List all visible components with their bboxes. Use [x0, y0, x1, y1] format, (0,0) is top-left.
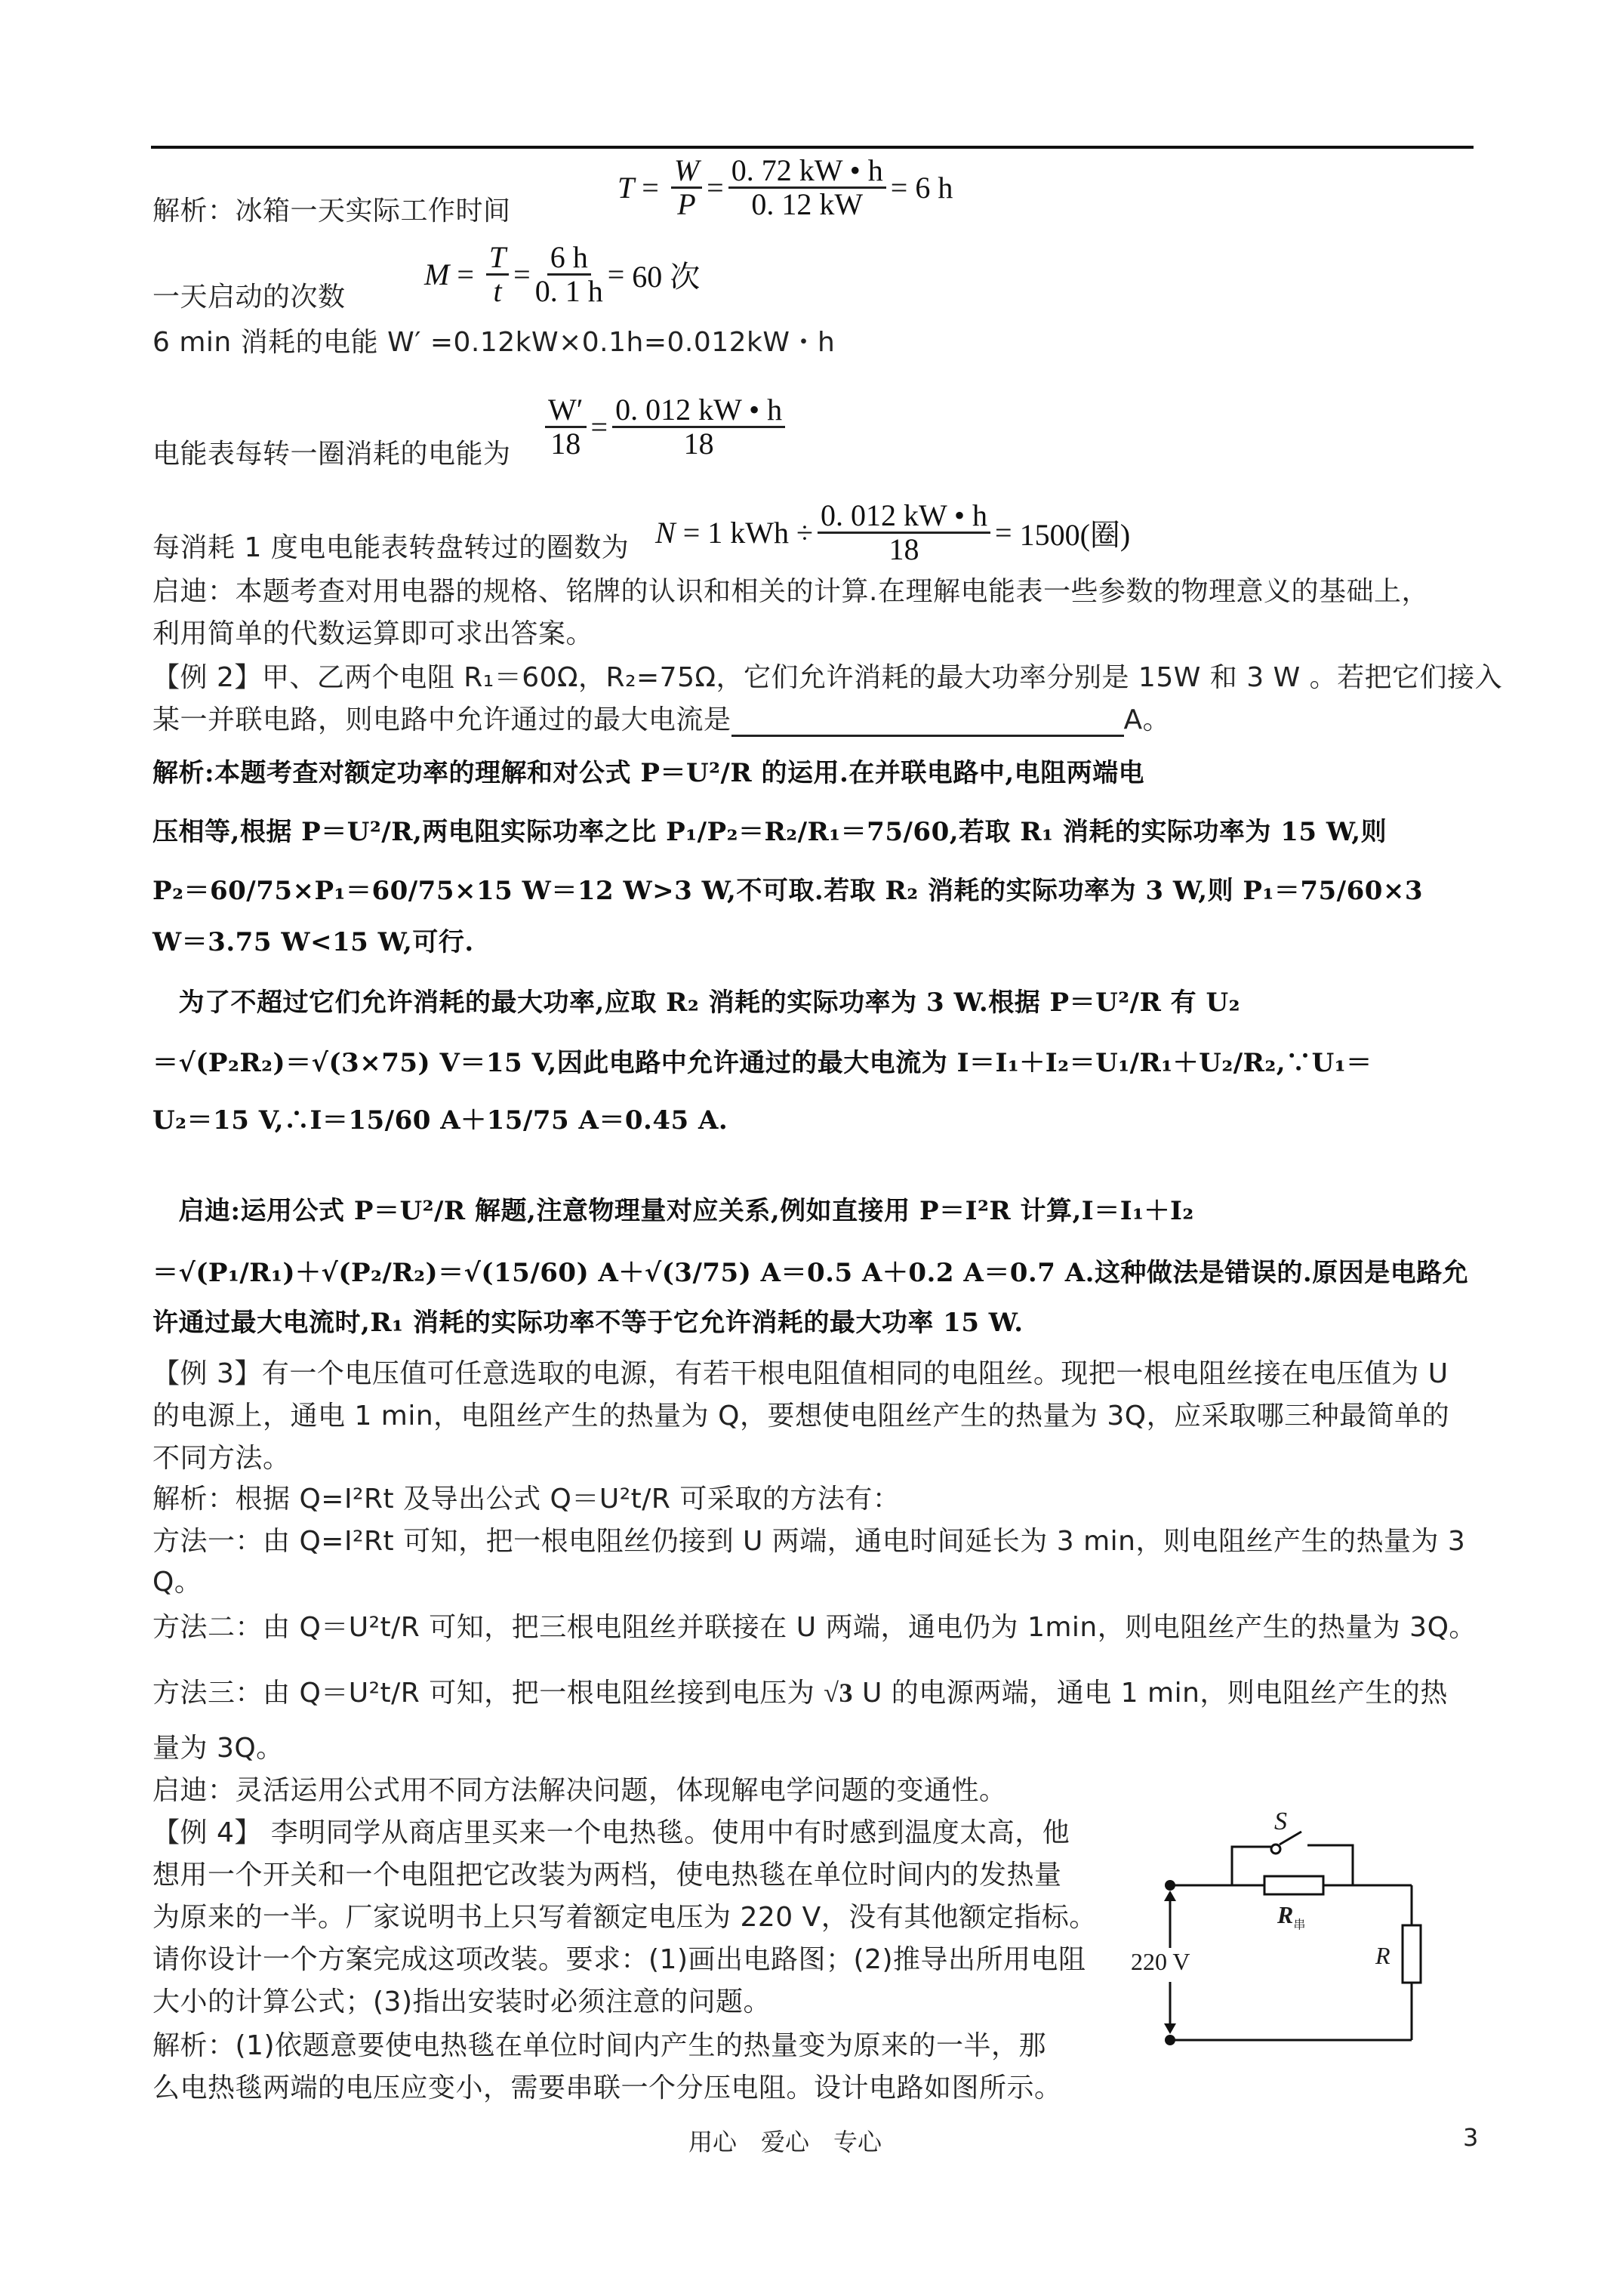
- example2-solution-line: 解析:本题考查对额定功率的理解和对公式 P＝U²/R 的运用.在并联电路中,电阻…: [152, 757, 1144, 790]
- example2-solution-line: W＝3.75 W<15 W,可行.: [152, 926, 474, 959]
- sqrt3-symbol: √3: [824, 1678, 853, 1708]
- solution-label-work-time: 解析：冰箱一天实际工作时间: [152, 195, 511, 228]
- page-number: 3: [1463, 2123, 1478, 2152]
- formula-M: M = Tt = 6 h0. 1 h = 60 次: [424, 242, 700, 307]
- energy-per-rev-label: 电能表每转一圈消耗的电能为: [152, 438, 511, 471]
- example4-line: 解析：(1)依题意要使电热毯在单位时间内产生的热量变为原来的一半，那: [152, 2029, 1046, 2063]
- example4-line: 么电热毯两端的电压应变小，需要串联一个分压电阻。设计电路如图所示。: [152, 2072, 1062, 2105]
- example4-line: 为原来的一半。厂家说明书上只写着额定电压为 220 V，没有其他额定指标。: [152, 1901, 1097, 1934]
- example2-question-line1: 【例 2】甲、乙两个电阻 R₁＝60Ω，R₂=75Ω，它们允许消耗的最大功率分别…: [152, 661, 1502, 695]
- example3-line: 的电源上，通电 1 min，电阻丝产生的热量为 Q，要想使电阻丝产生的热量为 3…: [152, 1400, 1449, 1433]
- hint-ex1-line1: 启迪：本题考查对用电器的规格、铭牌的认识和相关的计算.在理解电能表一些参数的物理…: [152, 575, 1429, 609]
- example3-line: 解析：根据 Q=I²Rt 及导出公式 Q＝U²t/R 可采取的方法有：: [152, 1483, 900, 1516]
- header-rule: [151, 146, 1474, 149]
- solution-label-start-count: 一天启动的次数: [152, 281, 346, 314]
- example2-solution-line: 为了不超过它们允许消耗的最大功率,应取 R₂ 消耗的实际功率为 3 W.根据 P…: [152, 986, 1240, 1019]
- energy-6min-line: 6 min 消耗的电能 W′ =0.12kW×0.1h=0.012kW・h: [152, 326, 835, 359]
- answer-blank: [731, 712, 1124, 737]
- formula-W-per-rev: W′18 = 0. 012 kW • h18: [540, 394, 790, 460]
- example3-line: Q。: [152, 1566, 202, 1599]
- example4-line: 大小的计算公式；(3)指出安装时必须注意的问题。: [152, 1986, 771, 2019]
- switch-label: S: [1274, 1808, 1287, 1836]
- voltage-label: 220 V: [1131, 1948, 1190, 1976]
- example4-line: 请你设计一个方案完成这项改装。要求：(1)画出电路图；(2)推导出所用电阻: [152, 1943, 1086, 1977]
- terminal-top: [1165, 1880, 1175, 1891]
- example3-hint: 启迪：灵活运用公式用不同方法解决问题，体现解电学问题的变通性。: [152, 1774, 1007, 1808]
- example2-solution-line: U₂＝15 V,∴I＝15/60 A＋15/75 A＝0.45 A.: [152, 1104, 728, 1137]
- load-resistor-label: R: [1375, 1942, 1390, 1970]
- example2-solution-line: ＝√(P₂R₂)＝√(3×75) V＝15 V,因此电路中允许通过的最大电流为 …: [152, 1046, 1372, 1080]
- example4-line: 【例 4】 李明同学从商店里买来一个电热毯。使用中有时感到温度太高，他: [152, 1817, 1070, 1850]
- example3-line: 不同方法。: [152, 1442, 291, 1475]
- example2-solution-line: 压相等,根据 P＝U²/R,两电阻实际功率之比 P₁/P₂＝R₂/R₁＝75/6…: [152, 815, 1387, 849]
- hint-ex1-line2: 利用简单的代数运算即可求出答案。: [152, 618, 593, 651]
- formula-T: T = WP = 0. 72 kW • h0. 12 kW = 6 h: [617, 155, 953, 220]
- example2-hint-line: 许通过最大电流时,R₁ 消耗的实际功率不等于它允许消耗的最大功率 15 W.: [152, 1306, 1024, 1339]
- terminal-bottom: [1165, 2035, 1175, 2045]
- example4-line: 想用一个开关和一个电阻把它改装为两档，使电热毯在单位时间内的发热量: [152, 1859, 1062, 1892]
- series-resistor-label: R串: [1277, 1901, 1305, 1932]
- example2-question-line2: 某一并联电路，则电路中允许通过的最大电流是A。: [152, 704, 1170, 737]
- footer-motto: 用心 爱心 专心: [688, 2123, 882, 2158]
- example2-hint-line: 启迪:运用公式 P＝U²/R 解题,注意物理量对应关系,例如直接用 P＝I²R …: [152, 1194, 1194, 1228]
- circuit-diagram: S R串 R 220 V: [1117, 1797, 1434, 2054]
- example2-hint-line: ＝√(P₁/R₁)＋√(P₂/R₂)＝√(15/60) A＋√(3/75) A＝…: [152, 1256, 1468, 1290]
- example3-line: 方法一：由 Q=I²Rt 可知，把一根电阻丝仍接到 U 两端，通电时间延长为 3…: [152, 1525, 1465, 1558]
- revs-per-kwh-label: 每消耗 1 度电电能表转盘转过的圈数为: [152, 532, 629, 565]
- example3-line: 方法二：由 Q＝U²t/R 可知，把三根电阻丝并联接在 U 两端，通电仍为 1m…: [152, 1611, 1477, 1644]
- example3-method3-line2: 量为 3Q。: [152, 1732, 284, 1765]
- example3-line: 【例 3】有一个电压值可任意选取的电源，有若干根电阻值相同的电阻丝。现把一根电阻…: [152, 1358, 1449, 1391]
- example3-method3-line: 方法三：由 Q＝U²t/R 可知，把一根电阻丝接到电压为 √3 U 的电源两端，…: [152, 1676, 1448, 1710]
- formula-N: N = 1 kWh ÷ 0. 012 kW • h18 = 1500(圈): [655, 500, 1130, 566]
- example2-solution-line: P₂＝60/75×P₁＝60/75×15 W＝12 W>3 W,不可取.若取 R…: [152, 874, 1423, 908]
